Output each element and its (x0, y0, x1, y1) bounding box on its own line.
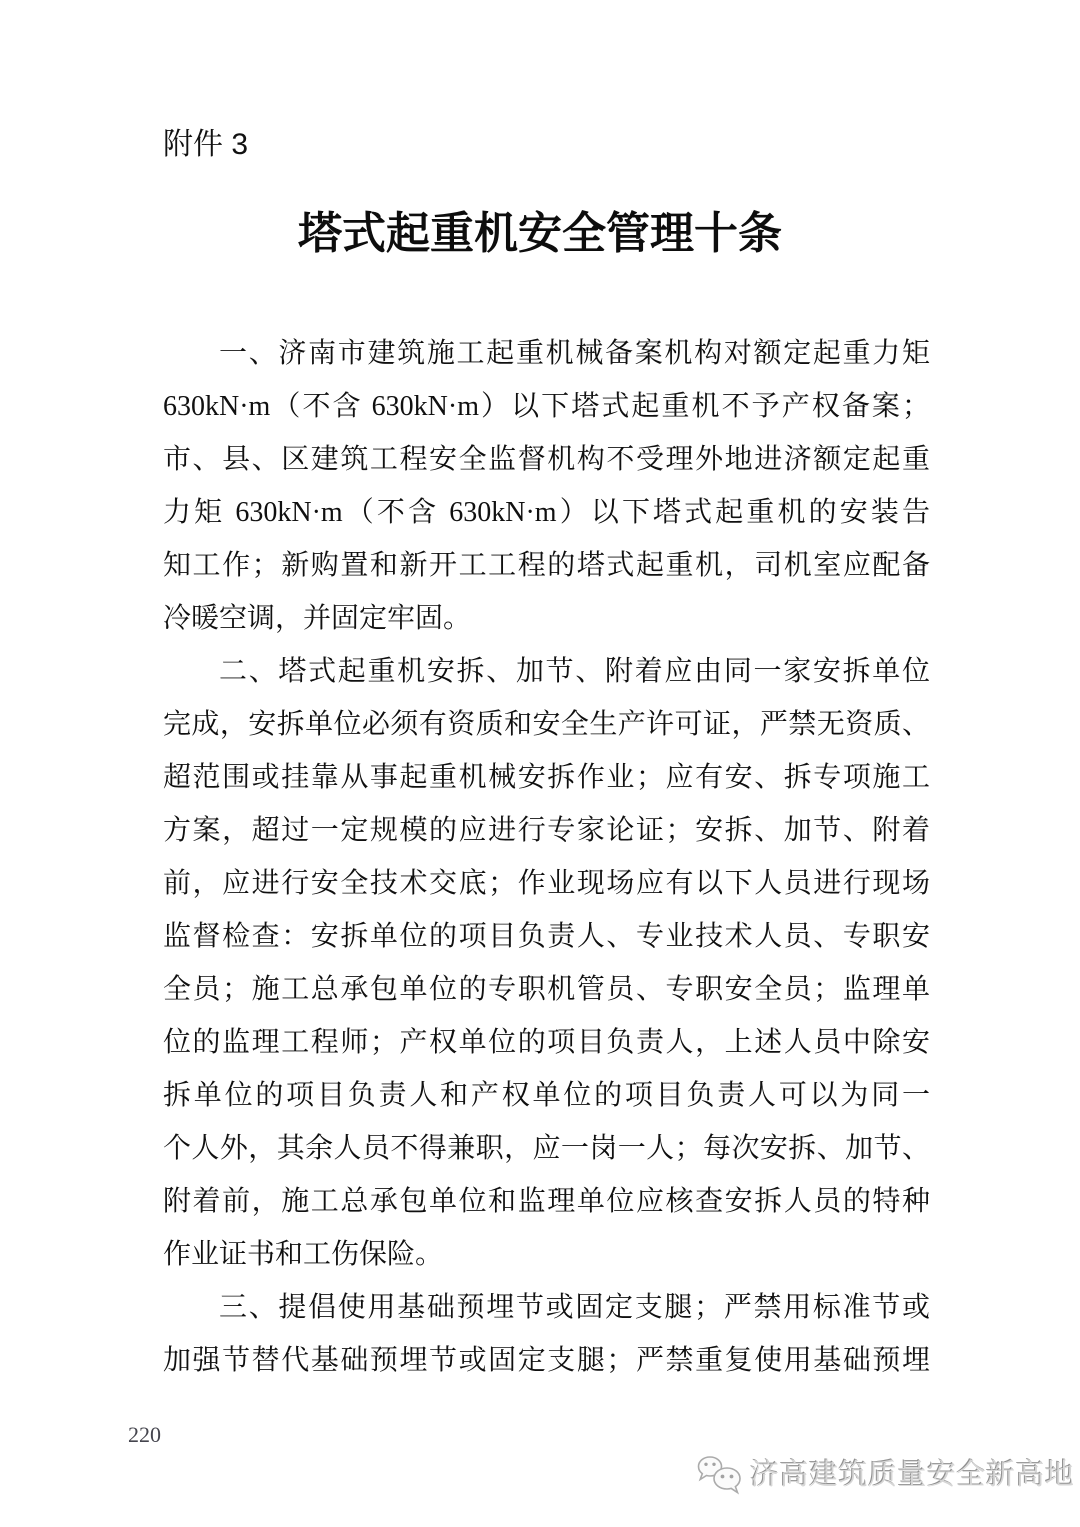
body-line: 完成，安拆单位必须有资质和安全生产许可证，严禁无资质、 (163, 698, 930, 751)
body-line: 知工作；新购置和新开工工程的塔式起重机，司机室应配备 (163, 539, 930, 592)
body-line: 方案，超过一定规模的应进行专家论证；安拆、加节、附着 (163, 804, 930, 857)
body-line: 监督检查：安拆单位的项目负责人、专业技术人员、专职安 (163, 910, 930, 963)
page-number: 220 (128, 1422, 161, 1448)
body-line: 二、塔式起重机安拆、加节、附着应由同一家安拆单位 (163, 645, 930, 698)
body-line: 全员；施工总承包单位的专职机管员、专职安全员；监理单 (163, 963, 930, 1016)
document-page: 附件 3 塔式起重机安全管理十条 一、济南市建筑施工起重机械备案机构对额定起重力… (0, 0, 1080, 1527)
body-line: 三、提倡使用基础预埋节或固定支腿；严禁用标准节或 (163, 1281, 930, 1334)
body-line: 市、县、区建筑工程安全监督机构不受理外地进济额定起重 (163, 433, 930, 486)
page-title: 塔式起重机安全管理十条 (0, 207, 1080, 261)
body-line: 附着前，施工总承包单位和监理单位应核查安拆人员的特种 (163, 1175, 930, 1228)
wechat-icon (696, 1455, 743, 1495)
attachment-label: 附件 3 (163, 127, 248, 163)
body-line: 630kN·m（不含 630kN·m）以下塔式起重机不予产权备案； (163, 380, 930, 433)
watermark-text: 济高建筑质量安全新高地 (750, 1454, 1075, 1496)
body-line: 力矩 630kN·m（不含 630kN·m）以下塔式起重机的安装告 (163, 486, 930, 539)
body-line: 加强节替代基础预埋节或固定支腿；严禁重复使用基础预埋 (163, 1334, 930, 1387)
body-line: 冷暖空调，并固定牢固。 (163, 592, 930, 645)
watermark: 济高建筑质量安全新高地 (696, 1454, 1075, 1496)
body-line: 位的监理工程师；产权单位的项目负责人，上述人员中除安 (163, 1016, 930, 1069)
document-body: 一、济南市建筑施工起重机械备案机构对额定起重力矩 630kN·m（不含 630k… (163, 327, 930, 1387)
body-line: 拆单位的项目负责人和产权单位的项目负责人可以为同一 (163, 1069, 930, 1122)
body-line: 超范围或挂靠从事起重机械安拆作业；应有安、拆专项施工 (163, 751, 930, 804)
body-line: 一、济南市建筑施工起重机械备案机构对额定起重力矩 (163, 327, 930, 380)
body-line: 个人外，其余人员不得兼职，应一岗一人；每次安拆、加节、 (163, 1122, 930, 1175)
body-line: 前，应进行安全技术交底；作业现场应有以下人员进行现场 (163, 857, 930, 910)
body-line: 作业证书和工伤保险。 (163, 1228, 930, 1281)
